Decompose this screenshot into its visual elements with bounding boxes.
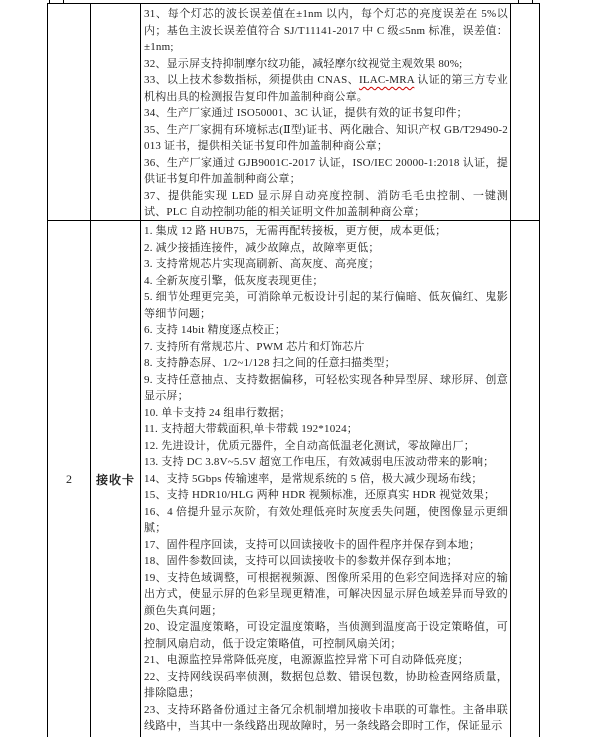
spec-item: 33、以上技术参数指标，须提供由 CNAS、ILAC-MRA 认证的第三方专业机… [144,72,508,105]
spec-item: 11. 支持超大带载面积,单卡带载 192*1024； [144,421,508,438]
spec-item: 3. 支持常规芯片实现高刷新、高灰度、高亮度； [144,256,508,273]
spec-item: 10. 单卡支持 24 组串行数据； [144,405,508,422]
spec-table: 31、每个灯芯的波长误差值在±1nm 以内，每个灯芯的亮度误差在 5%以内；基色… [47,3,540,737]
spec-cell: 1. 集成 12 路 HUB75，无需再配转接板，更方便，成本更低；2. 减少接… [140,221,510,737]
spec-item: 18、固件参数回读，支持可以回读接收卡的参数并保存到本地； [144,553,508,570]
spec-item: 1. 集成 12 路 HUB75，无需再配转接板，更方便，成本更低； [144,223,508,240]
spec-item: 32、显示屏支持抑制摩尔纹功能，减轻摩尔纹视觉主观效果 80%; [144,56,508,73]
spec-item: 22、支持网线误码率侦测，数据包总数、错误包数，协助检查网络质量，排除隐患； [144,669,508,702]
spec-item: 13. 支持 DC 3.8V~5.5V 超宽工作电压，有效减弱电压波动带来的影响… [144,454,508,471]
spec-item: 9. 支持任意抽点、支持数据偏移，可轻松实现各种异型屏、球形屏、创意显示屏； [144,372,508,405]
spec-item: 4. 全新灰度引擎，低灰度表现更佳； [144,273,508,290]
name-cell: 接收卡 [90,221,140,737]
spec-item: 16、4 倍提升显示灰阶，有效处理低亮时灰度丢失问题，使图像显示更细腻； [144,504,508,537]
spec-item: 21、电源监控异常降低亮度，电源源监控异常下可自动降低亮度； [144,652,508,669]
spellcheck-underline: ILAC-MRA [359,74,414,86]
spec-list-receiving-card: 1. 集成 12 路 HUB75，无需再配转接板，更方便，成本更低；2. 减少接… [144,223,508,735]
table-row-continuation: 31、每个灯芯的波长误差值在±1nm 以内，每个灯芯的亮度误差在 5%以内；基色… [47,4,540,221]
spec-item: 23、支持环路备份通过主备冗余机制增加接收卡串联的可靠性。主备串联线路中，当其中… [144,702,508,735]
document-page: 31、每个灯芯的波长误差值在±1nm 以内，每个灯芯的亮度误差在 5%以内；基色… [0,0,592,745]
spec-item: 5. 细节处理更完美，可消除单元板设计引起的某行偏暗、低灰偏红、鬼影等细节问题； [144,289,508,322]
table-row-receiving-card: 2 接收卡 1. 集成 12 路 HUB75，无需再配转接板，更方便，成本更低；… [47,221,540,737]
spec-cell: 31、每个灯芯的波长误差值在±1nm 以内，每个灯芯的亮度误差在 5%以内；基色… [140,4,510,221]
seq-label: 2 [66,472,72,487]
spec-list-continuation: 31、每个灯芯的波长误差值在±1nm 以内，每个灯芯的亮度误差在 5%以内；基色… [144,6,508,221]
spec-item: 15、支持 HDR10/HLG 两种 HDR 视频标准，还原真实 HDR 视觉效… [144,487,508,504]
spec-item: 7. 支持所有常规芯片、PWM 芯片和灯饰芯片 [144,339,508,356]
spec-item: 8. 支持静态屏、1/2~1/128 扫之间的任意扫描类型； [144,355,508,372]
spec-item: 17、固件程序回读，支持可以回读接收卡的固件程序并保存到本地； [144,537,508,554]
spec-item: 37、提供能实现 LED 显示屏自动亮度控制、消防毛毛虫控制、一键测试、PLC … [144,188,508,221]
spec-item: 2. 减少接插连接件，减少故障点，故障率更低； [144,240,508,257]
spec-item: 12. 先进设计，优质元器件，全自动高低温老化测试，零故障出厂； [144,438,508,455]
spec-item: 19、支持色域调整，可根据视频源、图像所采用的色彩空间选择对应的输出方式，使显示… [144,570,508,620]
spec-item: 34、生产厂家通过 ISO50001、3C 认证，提供有效的证书复印件； [144,105,508,122]
spec-item: 14、支持 5Gbps 传输速率，是常规系统的 5 倍，极大减少现场布线； [144,471,508,488]
seq-cell-empty [47,4,90,221]
spec-item: 6. 支持 14bit 精度逐点校正； [144,322,508,339]
spec-item: 31、每个灯芯的波长误差值在±1nm 以内，每个灯芯的亮度误差在 5%以内；基色… [144,6,508,56]
spec-item: 36、生产厂家通过 GJB9001C-2017 认证，ISO/IEC 20000… [144,155,508,188]
spec-item: 20、设定温度策略，可设定温度策略，当侦测到温度高于设定策略值，可控制风扇启动，… [144,619,508,652]
extra-cell-empty [510,4,540,221]
spec-item: 35、生产厂家拥有环境标志(Ⅱ型)证书、两化融合、知识产权 GB/T29490-… [144,122,508,155]
name-cell-empty [90,4,140,221]
seq-cell: 2 [47,221,90,737]
name-label: 接收卡 [96,471,135,488]
extra-cell-empty [510,221,540,737]
